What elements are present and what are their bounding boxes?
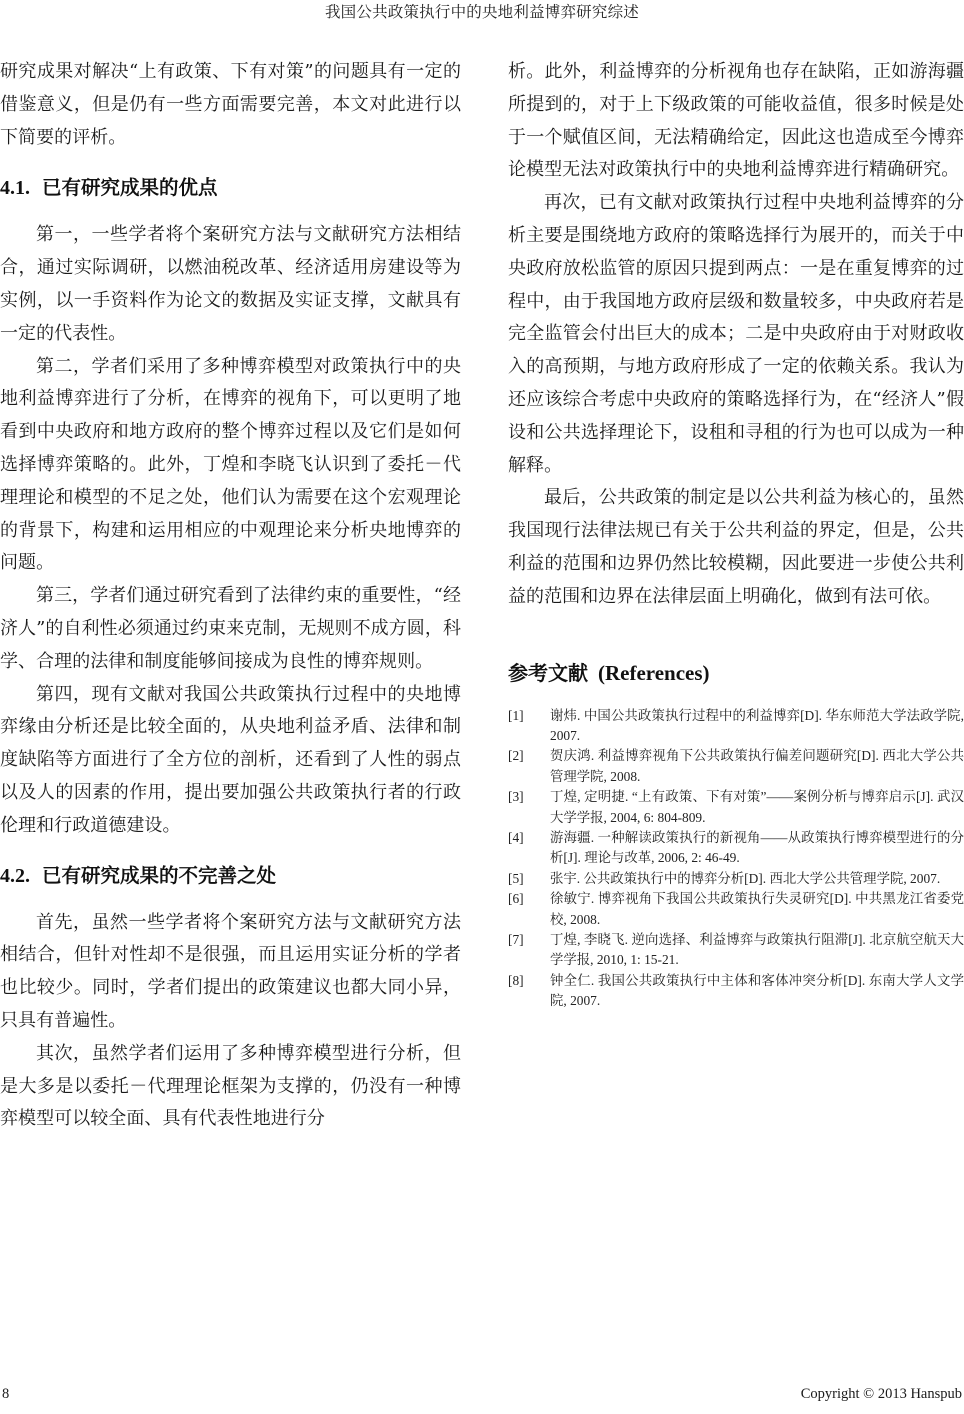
- section-heading-4-2: 4.2.已有研究成果的不完善之处: [0, 861, 461, 891]
- reference-text: 谢炜. 中国公共政策执行过程中的利益博弈[D]. 华东师范大学法政学院, 200…: [550, 708, 964, 743]
- reference-text: 徐敏宁. 博弈视角下我国公共政策执行失灵研究[D]. 中共黑龙江省委党校, 20…: [550, 891, 964, 926]
- reference-list: [1] 谢炜. 中国公共政策执行过程中的利益博弈[D]. 华东师范大学法政学院,…: [508, 706, 964, 1012]
- references-heading: 参考文献(References): [508, 658, 964, 688]
- section-number: 4.2.: [0, 865, 30, 887]
- reference-text: 贺庆鸿. 利益博弈视角下公共政策执行偏差问题研究[D]. 西北大学公共管理学院,…: [550, 748, 964, 783]
- paragraph: 首先，虽然一些学者将个案研究方法与文献研究方法相结合，但针对性却不是很强，而且运…: [0, 907, 461, 1038]
- reference-number: [1]: [508, 706, 524, 726]
- reference-number: [7]: [508, 930, 524, 950]
- paragraph: 第四，现有文献对我国公共政策执行过程中的央地博弈缘由分析还是比较全面的，从央地利…: [0, 679, 461, 843]
- reference-number: [8]: [508, 971, 524, 991]
- paragraph: 最后，公共政策的制定是以公共利益为核心的，虽然我国现行法律法规已有关于公共利益的…: [508, 482, 964, 613]
- paragraph: 第一，一些学者将个案研究方法与文献研究方法相结合，通过实际调研，以燃油税改革、经…: [0, 219, 461, 350]
- left-column: 研究成果对解决“上有政策、下有对策”的问题具有一定的借鉴意义，但是仍有一些方面需…: [0, 56, 461, 1136]
- reference-text: 张宇. 公共政策执行中的博弈分析[D]. 西北大学公共管理学院, 2007.: [550, 871, 940, 886]
- references-title-cn: 参考文献: [508, 661, 588, 685]
- reference-number: [5]: [508, 869, 524, 889]
- reference-number: [6]: [508, 889, 524, 909]
- paragraph-continued: 析。此外，利益博弈的分析视角也存在缺陷，正如游海疆所提到的，对于上下级政策的可能…: [508, 56, 964, 187]
- reference-item: [3] 丁煌, 定明捷. “上有政策、下有对策”——案例分析与博弈启示[J]. …: [508, 787, 964, 828]
- copyright-notice: Copyright © 2013 Hanspub: [801, 1386, 962, 1403]
- paragraph: 再次，已有文献对政策执行过程中央地利益博弈的分析主要是围绕地方政府的策略选择行为…: [508, 187, 964, 482]
- running-head: 我国公共政策执行中的央地利益博弈研究综述: [0, 2, 964, 22]
- reference-item: [4] 游海疆. 一种解读政策执行的新视角——从政策执行博弈模型进行的分析[J]…: [508, 828, 964, 869]
- intro-paragraph: 研究成果对解决“上有政策、下有对策”的问题具有一定的借鉴意义，但是仍有一些方面需…: [0, 56, 461, 154]
- reference-item: [1] 谢炜. 中国公共政策执行过程中的利益博弈[D]. 华东师范大学法政学院,…: [508, 706, 964, 747]
- reference-text: 游海疆. 一种解读政策执行的新视角——从政策执行博弈模型进行的分析[J]. 理论…: [550, 830, 964, 865]
- reference-text: 钟全仁. 我国公共政策执行中主体和客体冲突分析[D]. 东南大学人文学院, 20…: [550, 973, 964, 1008]
- paragraph: 第三，学者们通过研究看到了法律约束的重要性，“经济人”的自利性必须通过约束来克制…: [0, 580, 461, 678]
- paragraph: 其次，虽然学者们运用了多种博弈模型进行分析，但是大多是以委托－代理理论框架为支撑…: [0, 1038, 461, 1136]
- reference-text: 丁煌, 李晓飞. 逆向选择、利益博弈与政策执行阻滞[J]. 北京航空航天大学学报…: [550, 932, 964, 967]
- reference-item: [6] 徐敏宁. 博弈视角下我国公共政策执行失灵研究[D]. 中共黑龙江省委党校…: [508, 889, 964, 930]
- reference-text: 丁煌, 定明捷. “上有政策、下有对策”——案例分析与博弈启示[J]. 武汉大学…: [550, 789, 964, 824]
- paragraph: 第二，学者们采用了多种博弈模型对政策执行中的央地利益博弈进行了分析，在博弈的视角…: [0, 351, 461, 581]
- reference-number: [4]: [508, 828, 524, 848]
- section-title: 已有研究成果的不完善之处: [42, 864, 276, 887]
- section-number: 4.1.: [0, 177, 30, 199]
- right-column: 析。此外，利益博弈的分析视角也存在缺陷，正如游海疆所提到的，对于上下级政策的可能…: [508, 56, 964, 1012]
- reference-item: [8] 钟全仁. 我国公共政策执行中主体和客体冲突分析[D]. 东南大学人文学院…: [508, 971, 964, 1012]
- reference-item: [7] 丁煌, 李晓飞. 逆向选择、利益博弈与政策执行阻滞[J]. 北京航空航天…: [508, 930, 964, 971]
- section-heading-4-1: 4.1.已有研究成果的优点: [0, 173, 461, 203]
- page-number: 8: [2, 1386, 9, 1403]
- reference-item: [5] 张宇. 公共政策执行中的博弈分析[D]. 西北大学公共管理学院, 200…: [508, 869, 964, 889]
- references-title-en: (References): [598, 661, 710, 685]
- section-title: 已有研究成果的优点: [42, 176, 218, 199]
- reference-item: [2] 贺庆鸿. 利益博弈视角下公共政策执行偏差问题研究[D]. 西北大学公共管…: [508, 746, 964, 787]
- reference-number: [3]: [508, 787, 524, 807]
- reference-number: [2]: [508, 746, 524, 766]
